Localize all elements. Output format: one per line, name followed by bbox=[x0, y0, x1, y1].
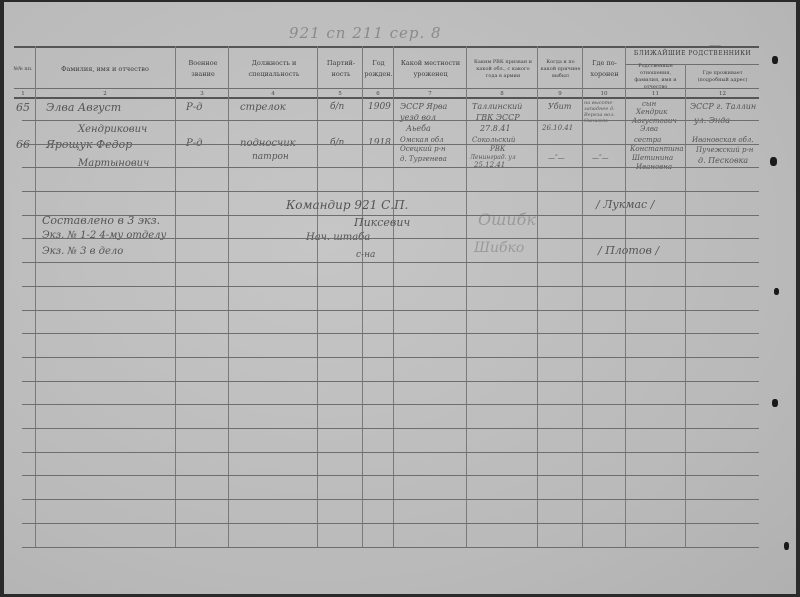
row-rule bbox=[22, 404, 759, 405]
col-divider bbox=[537, 46, 538, 548]
top-annotation: 921 сп 211 сер. 8 bbox=[289, 24, 442, 42]
colnum: 6 bbox=[363, 90, 393, 98]
header-group-relatives: БЛИЖАЙШИЕ РОДСТВЕННИКИ bbox=[626, 50, 759, 57]
col-divider bbox=[317, 46, 318, 548]
col-divider bbox=[362, 46, 363, 548]
record-66-buried: —″— bbox=[592, 154, 609, 162]
ink-blot bbox=[784, 542, 789, 550]
header-col-left: Когда и по какой причине выбыл bbox=[540, 50, 581, 88]
colnum: 8 bbox=[467, 90, 537, 98]
ink-blot bbox=[772, 399, 778, 407]
row-rule bbox=[22, 238, 759, 239]
colnum: 4 bbox=[229, 90, 317, 98]
header-col-address: Где проживает (подробный адрес) bbox=[687, 66, 758, 88]
record-66-party: б/п bbox=[330, 138, 344, 148]
colnum: 1 bbox=[12, 90, 34, 98]
record-65-rank: Р-д bbox=[186, 102, 202, 113]
row-rule bbox=[22, 523, 759, 524]
header-col-buried: Где по-хоронен bbox=[585, 52, 624, 86]
record-66-draft-2: РВК bbox=[490, 145, 505, 153]
header-col-party: Партий-ность bbox=[321, 52, 361, 86]
row-rule bbox=[22, 215, 759, 216]
record-66-left: —″— bbox=[548, 154, 565, 162]
ink-blot bbox=[770, 157, 777, 166]
signature-1: / Лукмас / bbox=[596, 198, 654, 211]
row-rule bbox=[22, 286, 759, 287]
record-65-patronymic: Хендрикович bbox=[78, 124, 147, 135]
row-rule bbox=[22, 547, 759, 548]
commander-name: Пиксевич bbox=[354, 216, 410, 229]
record-65-left-1: Убит bbox=[548, 102, 571, 111]
record-66-position-2: патрон bbox=[252, 152, 289, 162]
colnum: 5 bbox=[318, 90, 362, 98]
record-65-origin-1: ЭССР Ярва bbox=[400, 102, 447, 111]
record-65-address-1: ЭССР г. Таллин bbox=[690, 102, 756, 111]
record-66-relative-3: Шетинина bbox=[632, 154, 673, 162]
record-65-draft-1: Таллинский bbox=[472, 102, 522, 111]
colnum: 3 bbox=[176, 90, 228, 98]
colnum: 2 bbox=[36, 90, 174, 98]
record-66-address-3: д. Песковка bbox=[698, 156, 748, 165]
record-66-origin-3: д. Тургенева bbox=[400, 155, 447, 163]
row-rule bbox=[22, 310, 759, 311]
faint-stamp-1: Ошибк bbox=[478, 210, 536, 229]
record-65-relative-1: сын bbox=[642, 100, 656, 108]
header-col-draft: Каким РВК призван и какой обл., с какого… bbox=[470, 50, 536, 88]
record-65-relative-3: Августович bbox=[632, 117, 677, 125]
row-rule bbox=[22, 262, 759, 263]
record-65-position: стрелок bbox=[240, 102, 286, 113]
record-66-draft-1: Сокольский bbox=[472, 136, 515, 144]
header-col-birth-year: Год рожден. bbox=[365, 52, 392, 86]
copies-note-2: Экз. № 1-2 4-му отделу bbox=[42, 230, 166, 241]
record-66-origin-2: Осецкий р-н bbox=[400, 145, 446, 153]
col-divider bbox=[35, 46, 36, 548]
row-rule bbox=[22, 167, 759, 168]
record-65-party: б/п bbox=[330, 102, 344, 112]
record-65-draft-3: 27.8.41 bbox=[480, 124, 511, 133]
colnum: 11 bbox=[626, 90, 685, 98]
header-col-origin: Какой местности уроженец bbox=[396, 52, 465, 86]
record-65-name: Элва Август bbox=[46, 101, 121, 114]
record-65-origin-3: Аьеба bbox=[406, 124, 431, 133]
col-divider bbox=[466, 46, 467, 548]
col-divider bbox=[393, 46, 394, 548]
record-66-birth-year: 1918 bbox=[368, 138, 391, 148]
header-col-rank: Военное звание bbox=[179, 52, 227, 86]
row-rule bbox=[22, 191, 759, 192]
record-66-relative-2: Константина bbox=[630, 145, 684, 153]
row-rule bbox=[22, 381, 759, 382]
record-66-address-2: Пучежский р-н bbox=[696, 146, 753, 154]
colnum: 7 bbox=[394, 90, 466, 98]
col-divider bbox=[625, 46, 626, 548]
header-col-relative: Родственные отношения, фамилия, имя и от… bbox=[627, 66, 684, 88]
colnum: 9 bbox=[538, 90, 582, 98]
row-rule bbox=[22, 144, 759, 145]
header-col-position: Должность и специальность bbox=[232, 52, 316, 86]
ink-blot bbox=[774, 288, 779, 295]
document-sheet: 921 сп 211 сер. 8 —— №№ пп. Фамилия, имя… bbox=[4, 2, 796, 594]
record-65-num: 65 bbox=[16, 101, 30, 114]
chief-of-staff-rank: с-на bbox=[356, 250, 375, 260]
signature-2: / Плотов / bbox=[598, 244, 659, 257]
row-rule bbox=[22, 428, 759, 429]
commander-title: Командир 921 С.П. bbox=[286, 198, 408, 212]
record-66-relative-1: сестра bbox=[634, 136, 661, 144]
copies-note-3: Экз. № 3 в дело bbox=[42, 246, 123, 257]
ink-blot bbox=[772, 56, 778, 64]
record-66-origin-1: Омская обл bbox=[400, 136, 444, 144]
row-rule bbox=[22, 452, 759, 453]
record-65-relative-2: Хендрик bbox=[636, 108, 667, 116]
col-divider bbox=[175, 46, 176, 548]
record-65-left-2: 26.10.41 bbox=[542, 124, 573, 132]
row-rule bbox=[22, 120, 759, 121]
header-col-num: №№ пп. bbox=[12, 52, 34, 86]
record-66-draft-3: Ленинград. ул bbox=[470, 154, 516, 161]
colnum: 12 bbox=[686, 90, 759, 98]
row-rule bbox=[22, 357, 759, 358]
record-65-relative-4: Элва bbox=[640, 125, 658, 133]
record-65-birth-year: 1909 bbox=[368, 102, 391, 112]
table-top-border bbox=[14, 46, 759, 48]
colnum: 10 bbox=[583, 90, 625, 98]
header-col-name: Фамилия, имя и отчество bbox=[36, 52, 174, 86]
col-divider bbox=[228, 46, 229, 548]
row-rule bbox=[22, 333, 759, 334]
row-rule bbox=[22, 499, 759, 500]
faint-stamp-2: Шибко bbox=[474, 240, 524, 256]
row-rule bbox=[22, 475, 759, 476]
record-66-address-1: Ивановская обл. bbox=[692, 136, 754, 144]
col-divider bbox=[582, 46, 583, 548]
